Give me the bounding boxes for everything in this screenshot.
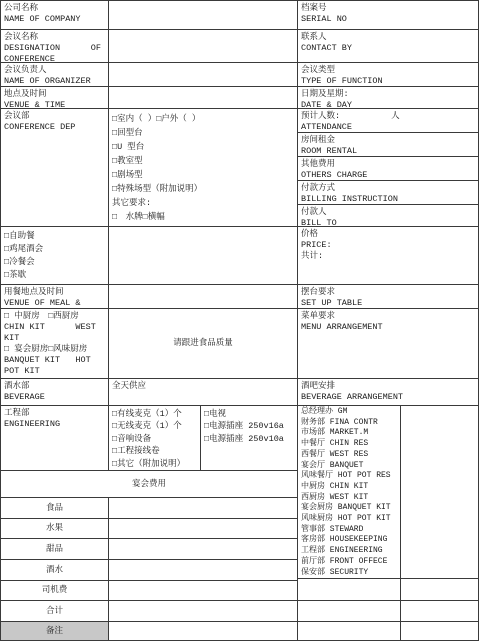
banquet-cost-header: 宴会费用 [0,470,298,498]
function-type-label: 会议类型 TYPE OF FUNCTION [297,62,479,87]
organizer-label: 会议负责人 NAME OF ORGANIZER [0,62,109,87]
engineering-options-checkboxes-a: □有线麦克（1）个 □无线麦克（1）个 □音响设备 □工程接线卷 □其它（附加说… [108,405,201,471]
right-bottom-cell [297,578,401,601]
bill-to-label: 付款人 BILL TO [297,204,479,227]
cost-row-label-drinks: 酒水 [0,559,109,581]
right-bottom-cell [297,600,401,622]
cost-row-value-fruit [108,518,298,539]
engineering-options-checkboxes-b: □电视 □电源插座 250v16a □电源插座 250v10a [200,405,298,471]
engineering-dep-label: 工程部 ENGINEERING [0,405,109,471]
cost-row-value-total [108,600,298,622]
conference-name-label: 会议名称 DESIGNATION OF CONFERENCE [0,29,109,63]
meal-venue-time-label: 用餐地点及时间 VENUE OF MEAL & TIME [0,284,109,309]
menu-arrangement-label: 菜单要求 MENU ARRANGEMENT [297,308,479,379]
date-day-label: 日期及星期: DATE & DAY [297,86,479,109]
organizer-value [108,62,298,87]
cost-row-label-food: 食品 [0,497,109,519]
conference-name-value [108,29,298,63]
beverage-dep-label: 酒水部 BEVERAGE [0,378,109,406]
departments-signoff-column [400,405,479,579]
room-rental-label: 房间租金 ROOM RENTAL [297,132,479,157]
right-bottom-cell [400,600,479,622]
cost-row-label-remarks: 备注 [0,621,109,641]
right-bottom-cell [297,621,401,641]
cost-row-label-fruit: 水果 [0,518,109,539]
venue-time-label: 地点及时间 VENUE & TIME [0,86,109,109]
kitchen-quality-note: 请跟进食品质量 [108,308,298,379]
company-name-label: 公司名称 NAME OF COMPANY [0,0,109,30]
departments-routing-list: 总经理办 GM 财务部 FINA CONTR 市场部 MARKET.M 中餐厅 … [297,405,401,579]
billing-instruction-label: 付款方式 BILLING INSTRUCTION [297,180,479,205]
company-name-value [108,0,298,30]
contact-by-label: 联系人 CONTACT BY [297,29,479,63]
cost-row-label-total: 合计 [0,600,109,622]
conference-room-options-checkboxes: □室内（ ）□户外（ ） □回型台 □U 型台 □教室型 □剧场型 □特殊场型（… [108,108,298,227]
meal-type-options-checkboxes: □自助餐 □鸡尾酒会 □冷餐会 □茶歇 [0,226,109,285]
serial-no-label: 档案号 SERIAL NO [297,0,479,30]
cost-row-value-dessert [108,538,298,560]
meal-type-value [108,226,298,285]
others-charge-label: 其他费用 OTHERS CHARGE [297,156,479,181]
conference-booking-form: 公司名称 NAME OF COMPANY 档案号 SERIAL NO 会议名称 … [0,0,479,641]
right-bottom-cell [400,621,479,641]
set-up-table-label: 摆台要求 SET UP TABLE [297,284,479,309]
cost-row-label-driver-fee: 司机费 [0,580,109,601]
right-bottom-cell [400,578,479,601]
beverage-value: 全天供应 [108,378,298,406]
price-label: 价格 PRICE: 共计: [297,226,479,285]
cost-row-value-food [108,497,298,519]
meal-venue-time-value [108,284,298,309]
venue-time-value [108,86,298,109]
cost-row-value-drinks [108,559,298,581]
attendance-label: 预计人数: 人 ATTENDANCE [297,108,479,133]
cost-row-value-driver-fee [108,580,298,601]
cost-row-label-dessert: 甜品 [0,538,109,560]
kitchen-options-checkboxes: □ 中厨房 □西厨房 CHIN KIT WEST KIT □ 宴会厨房□风味厨房… [0,308,109,379]
conference-dep-label: 会议部 CONFERENCE DEP [0,108,109,227]
cost-row-value-remarks [108,621,298,641]
beverage-arrangement-label: 酒吧安排 BEVERAGE ARRANGEMENT [297,378,479,406]
